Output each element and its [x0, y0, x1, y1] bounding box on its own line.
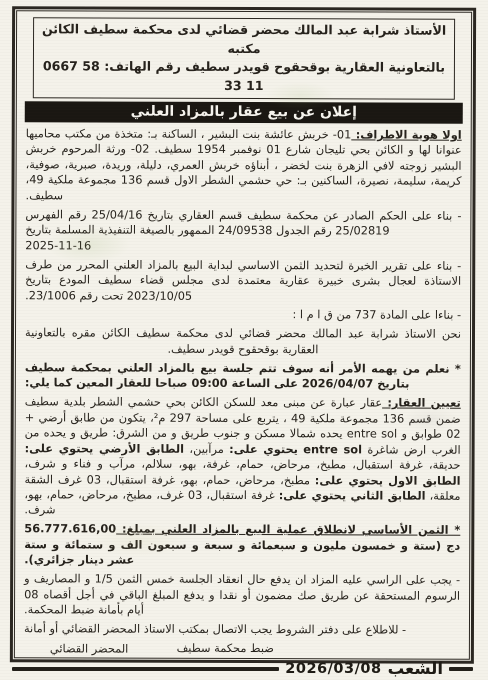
text-segment: (ستة و خمسون مليون و سبعمائة و سبعة و سب…: [24, 537, 446, 567]
body-paragraph: * الثمن الأساسي لانطلاق عملية البيع بالم…: [24, 522, 460, 570]
issue-date: 2026/03/08: [285, 661, 381, 677]
text-segment: - للاطلاع على دفتر الشروط يجب الاتصال بم…: [24, 621, 406, 636]
body-paragraph: تعيين العقار: عقار عبارة عن مبنى معد للس…: [24, 394, 460, 519]
text-segment: الطابق الثاني يحتوي على:: [279, 488, 426, 503]
banner-title: إعلان عن بيع عقار بالمزاد العلني: [131, 104, 357, 121]
announcement-banner: إعلان عن بيع عقار بالمزاد العلني: [25, 101, 463, 124]
body-paragraph: - يجب على الراسي عليه المزاد ان يدفع حال…: [24, 571, 460, 619]
body-paragraph: - بناء على تقرير الخبرة لتحديد الثمن الا…: [25, 257, 461, 305]
document-frame: الأستاذ شرابة عبد المالك محضر قضائي لدى …: [10, 6, 476, 664]
closing-notice-end: ضبط محكمة سطيف: [177, 641, 274, 655]
text-segment: * نعلم من يهمه الأمر أنه سوف تتم جلسة بي…: [25, 360, 461, 391]
text-segment: غرفة استقبال، 03 غرف، مطبخ، مرحاض، حمام،…: [24, 487, 278, 517]
text-segment: نحن الاستاذ شرابة عبد المالك محضر قضائي …: [25, 326, 461, 356]
body-paragraph: * نعلم من يهمه الأمر أنه سوف تتم جلسة بي…: [25, 360, 461, 392]
text-segment: entre sol: [347, 427, 397, 441]
text-segment: يحتوي على:: [229, 442, 298, 456]
closing-line: ضبط محكمة سطيف المحضر القضائي: [22, 640, 462, 659]
scanned-auction-notice: الأستاذ شرابة عبد المالك محضر قضائي لدى …: [0, 0, 488, 680]
footer-rule-short: [449, 667, 473, 671]
newspaper-name: الشعب: [388, 660, 443, 678]
text-segment: * الثمن الأساسي لانطلاق عملية البيع بالم…: [116, 522, 460, 537]
office-header-line1: الأستاذ شرابة عبد المالك محضر قضائي لدى …: [38, 20, 450, 58]
text-segment: 2025-11-16: [25, 238, 461, 255]
office-header-box: الأستاذ شرابة عبد المالك محضر قضائي لدى …: [33, 17, 455, 99]
footer-rule-long: [12, 667, 279, 671]
text-segment: - بناء على تقرير الخبرة لتحديد الثمن الا…: [25, 257, 461, 302]
text-segment: مرآبين،: [184, 441, 229, 455]
text-segment: اولا هوية الاطراف:: [351, 127, 461, 141]
text-segment: تعيين العقار:: [382, 396, 461, 410]
document-frame-inner: الأستاذ شرابة عبد المالك محضر قضائي لدى …: [14, 10, 472, 660]
body-paragraph: - للاطلاع على دفتر الشروط يجب الاتصال بم…: [24, 621, 460, 638]
body-paragraph: - بناءا على المادة 737 من ق ا م ا :: [25, 307, 461, 324]
text-segment: حديقة، غرفة استقبال، مطبخ، مرحاض، حمام، …: [25, 456, 461, 472]
body-paragraph: نحن الاستاذ شرابة عبد المالك محضر قضائي …: [25, 326, 461, 358]
text-segment: الطابق الاول يحتوي على:: [315, 473, 461, 488]
bailiff-signature: المحضر القضائي: [50, 641, 129, 655]
text-segment: - بناء على الحكم الصادر عن محكمة سطيف قس…: [25, 207, 461, 238]
text-segment: entre sol: [303, 442, 362, 456]
body-paragraph: اولا هوية الاطراف: 01- خربش عائشة بنت ال…: [25, 126, 461, 205]
text-segment: - بناءا على المادة 737 من ق ا م ا :: [292, 308, 461, 323]
text-segment: - يجب على الراسي عليه المزاد ان يدفع حال…: [24, 571, 460, 616]
newspaper-footer: الشعب 2026/03/08: [12, 658, 473, 679]
office-address: بالتعاونية العقارية بوقحقوح قويدر سطيف ر…: [100, 58, 445, 74]
body-paragraph: - بناء على الحكم الصادر عن محكمة سطيف قس…: [25, 207, 461, 255]
body-paragraphs: اولا هوية الاطراف: 01- خربش عائشة بنت ال…: [22, 126, 464, 638]
text-segment: الطابق الأرضي يحتوي على:: [25, 441, 184, 456]
office-header-line2: بالتعاونية العقارية بوقحقوح قويدر سطيف ر…: [38, 57, 450, 95]
